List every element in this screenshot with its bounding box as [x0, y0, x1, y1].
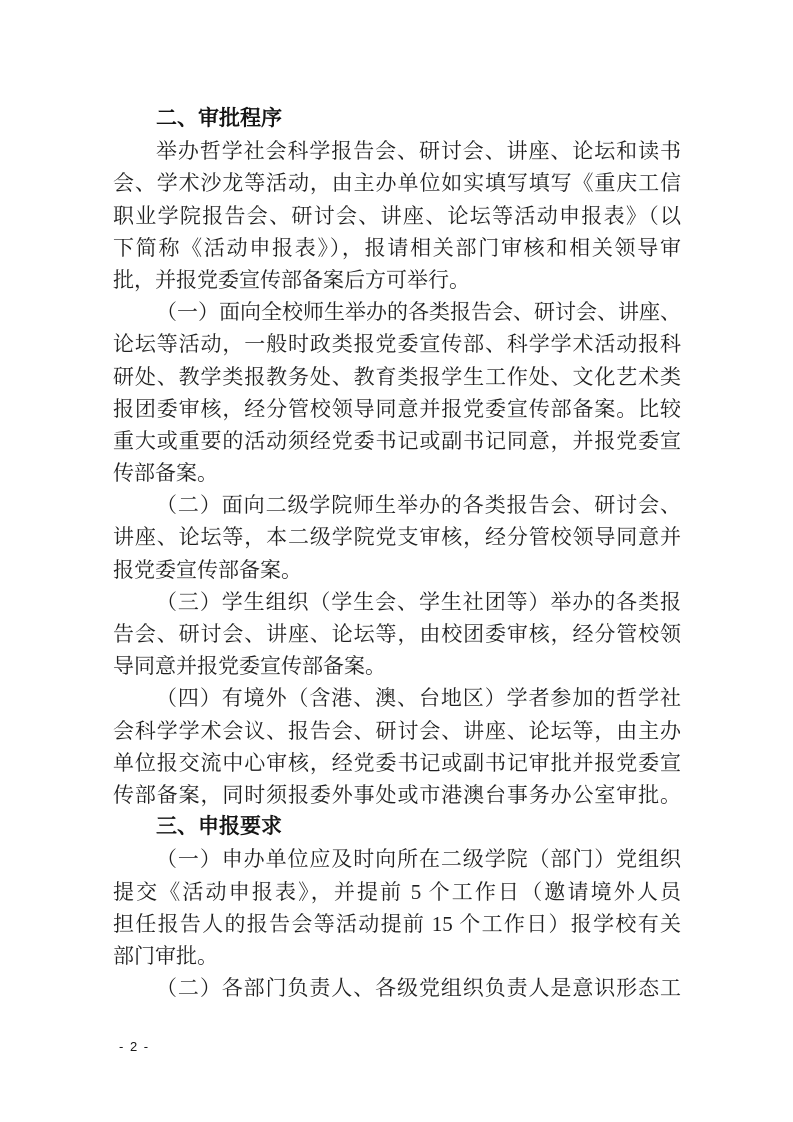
doc-line: 告会、研讨会、讲座、论坛等，由校团委审核，经分管校领 [113, 618, 681, 650]
doc-line: 会、学术沙龙等活动，由主办单位如实填写填写《重庆工信 [113, 167, 681, 199]
doc-line: 批，并报党委宣传部备案后方可举行。 [113, 264, 681, 296]
doc-line: 担任报告人的报告会等活动提前 15 个工作日）报学校有关 [113, 908, 681, 940]
heading-approval-procedure: 二、审批程序 [113, 103, 681, 135]
doc-line: 传部备案，同时须报委外事处或市港澳台事务办公室审批。 [113, 779, 681, 811]
doc-line: （四）有境外（含港、澳、台地区）学者参加的哲学社 [113, 682, 681, 714]
doc-line: 论坛等活动，一般时政类报党委宣传部、科学学术活动报科 [113, 328, 681, 360]
doc-line: 报团委审核，经分管校领导同意并报党委宣传部备案。比较 [113, 393, 681, 425]
doc-line: （一）面向全校师生举办的各类报告会、研讨会、讲座、 [113, 296, 681, 328]
doc-line: （一）申办单位应及时向所在二级学院（部门）党组织 [113, 843, 681, 875]
heading-application-requirements: 三、申报要求 [113, 811, 681, 843]
doc-line: 单位报交流中心审核，经党委书记或副书记审批并报党委宣 [113, 747, 681, 779]
doc-line: 重大或重要的活动须经党委书记或副书记同意，并报党委宣 [113, 425, 681, 457]
doc-line: （二）面向二级学院师生举办的各类报告会、研讨会、 [113, 489, 681, 521]
doc-line: 导同意并报党委宣传部备案。 [113, 650, 681, 682]
doc-line: 提交《活动申报表》，并提前 5 个工作日（邀请境外人员 [113, 876, 681, 908]
doc-line: 传部备案。 [113, 457, 681, 489]
doc-line: 部门审批。 [113, 940, 681, 972]
document-body: 二、审批程序 举办哲学社会科学报告会、研讨会、讲座、论坛和读书 会、学术沙龙等活… [113, 103, 681, 1004]
doc-line: 会科学学术会议、报告会、研讨会、讲座、论坛等，由主办 [113, 715, 681, 747]
page-number: - 2 - [119, 1039, 150, 1054]
doc-line: （三）学生组织（学生会、学生社团等）举办的各类报 [113, 586, 681, 618]
doc-line: （二）各部门负责人、各级党组织负责人是意识形态工 [113, 972, 681, 1004]
doc-line: 讲座、论坛等，本二级学院党支审核，经分管校领导同意并 [113, 521, 681, 553]
doc-line: 职业学院报告会、研讨会、讲座、论坛等活动申报表》（以 [113, 200, 681, 232]
doc-line: 下简称《活动申报表》），报请相关部门审核和相关领导审 [113, 232, 681, 264]
doc-line: 举办哲学社会科学报告会、研讨会、讲座、论坛和读书 [113, 135, 681, 167]
doc-line: 研处、教学类报教务处、教育类报学生工作处、文化艺术类 [113, 361, 681, 393]
document-page: 二、审批程序 举办哲学社会科学报告会、研讨会、讲座、论坛和读书 会、学术沙龙等活… [0, 0, 793, 1122]
doc-line: 报党委宣传部备案。 [113, 554, 681, 586]
